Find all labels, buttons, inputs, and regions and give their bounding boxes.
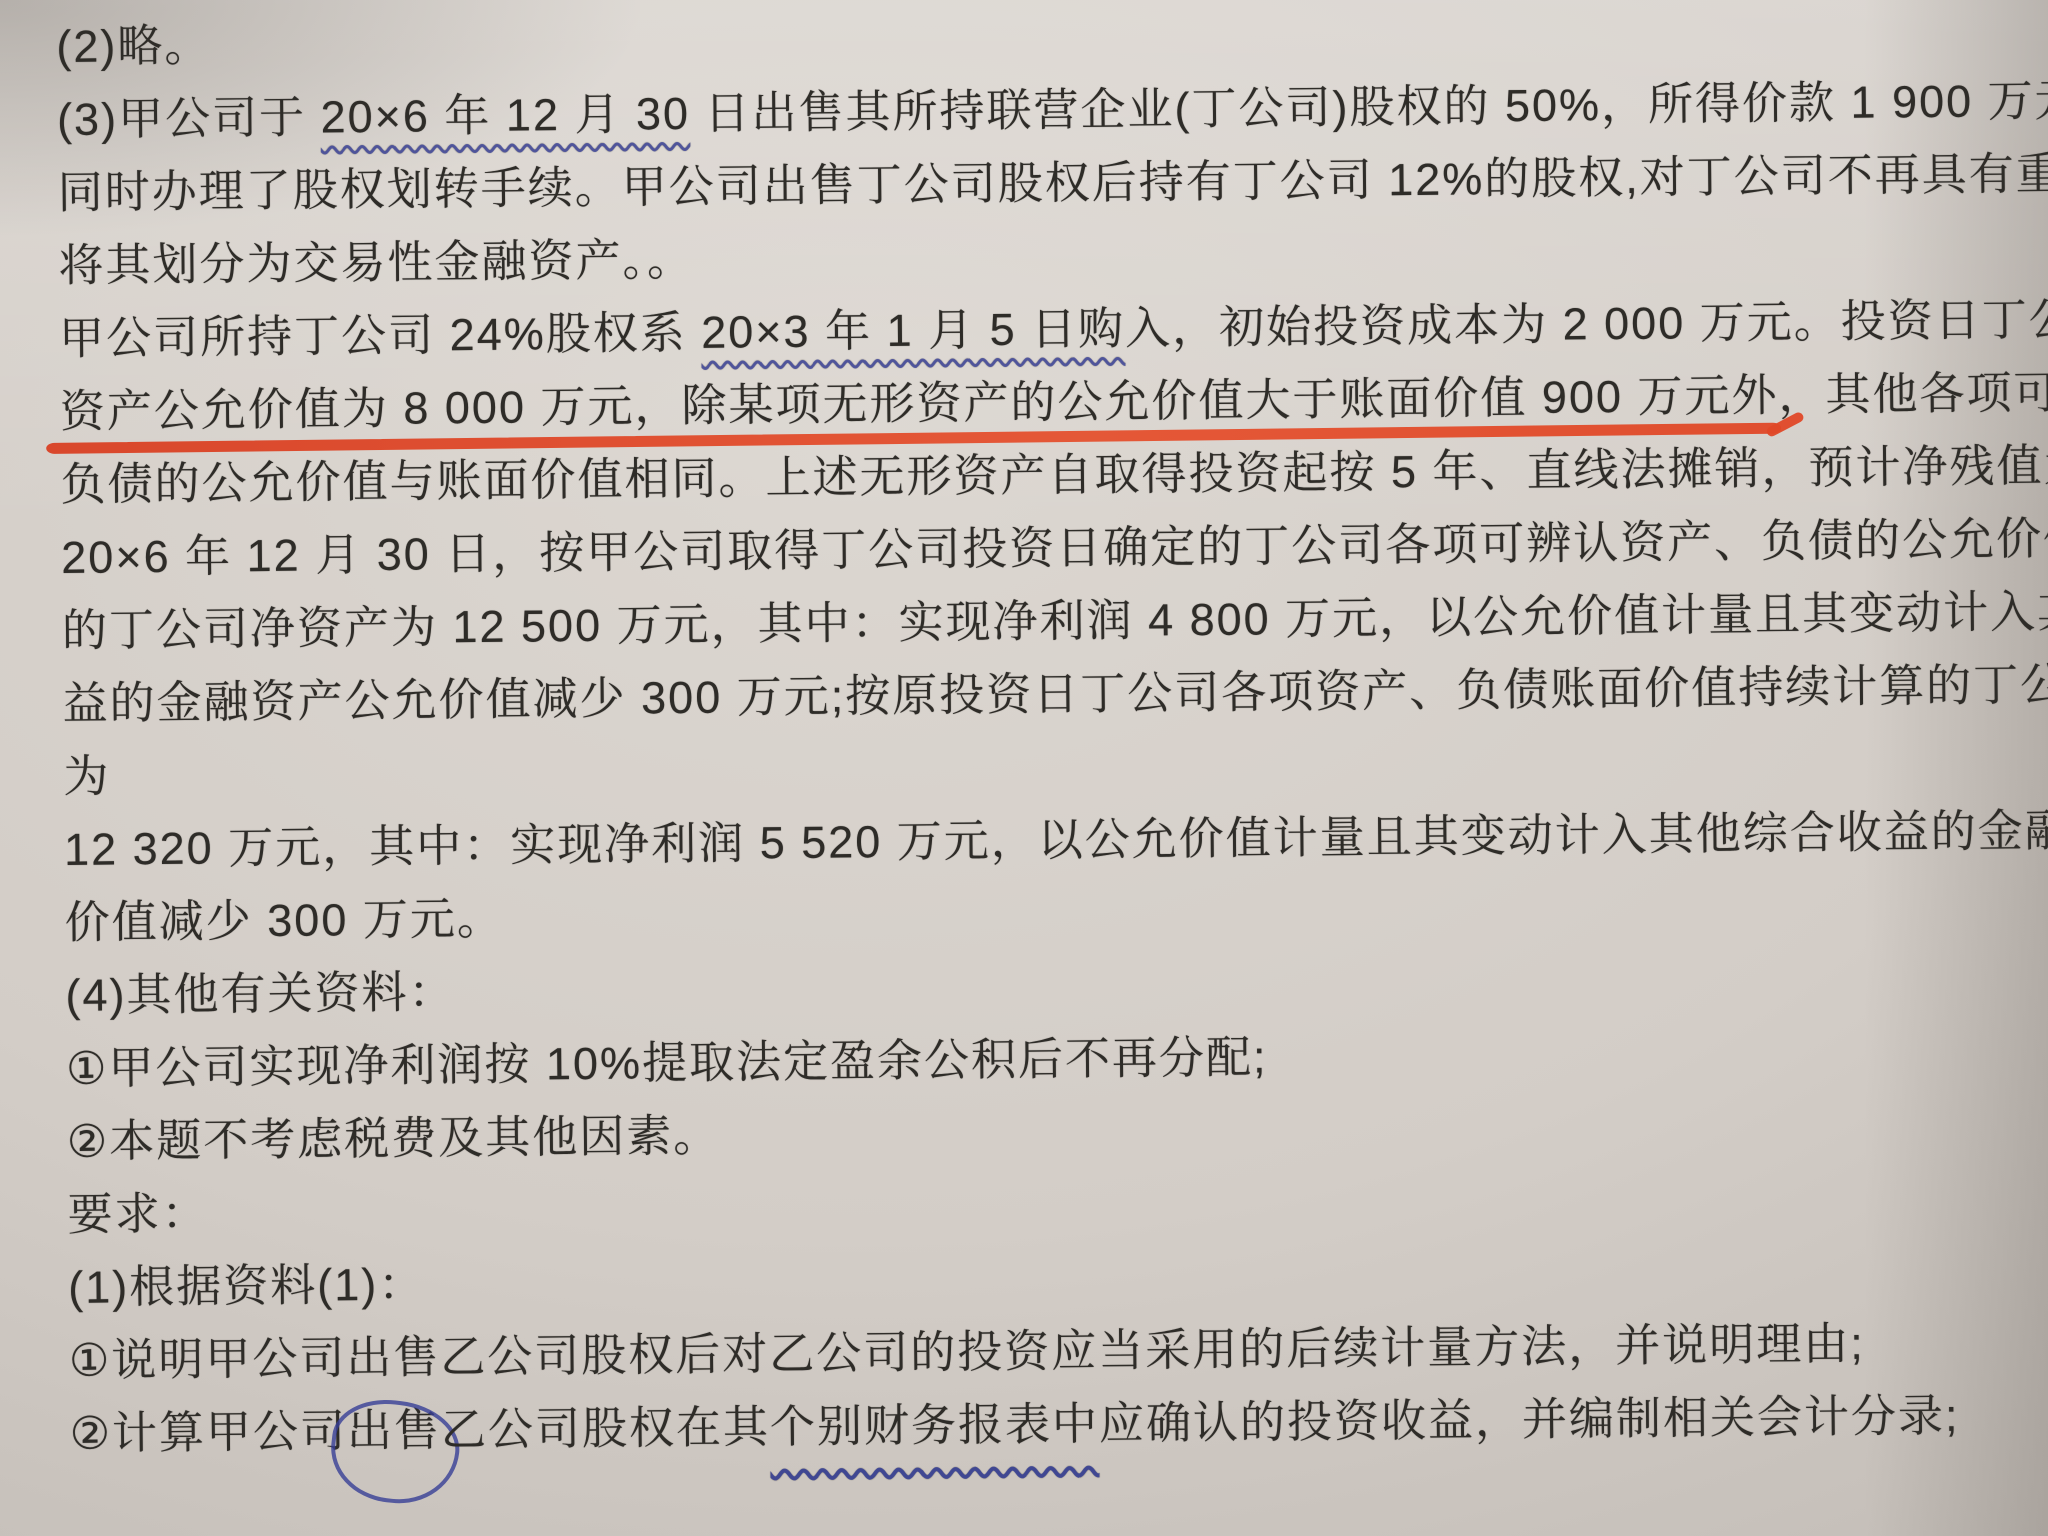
line-text: 12 320 万元，其中：实现净利润 5 520 万元，以公允价值计量且其变动计… — [64, 803, 2048, 875]
line-text: (1)根据资料(1)： — [68, 1259, 425, 1313]
line-text: 日出售其所持联营企业(丁公司)股权的 50%，所得价款 1 900 万元收存银行… — [690, 72, 2048, 139]
line-text: 同时办理了股权划转手续。甲公司出售丁公司股权后持有丁公司 12%的股权,对丁公司… — [58, 146, 2048, 218]
line-text: 20×6 年 12 月 30 日，按甲公司取得丁公司投资日确定的丁公司各项可辨认… — [61, 511, 2048, 583]
line-text: 要求： — [67, 1188, 208, 1240]
line-text: ②本题不考虑税费及其他因素。 — [67, 1110, 721, 1167]
line-text: 乙公司股权在其 — [441, 1401, 770, 1455]
line-text: 的丁公司净资产为 12 500 万元，其中：实现净利润 4 800 万元，以公允… — [62, 584, 2048, 656]
line-text: ，其他各项可辨认资产、 — [1778, 365, 2048, 421]
line-text: 入，初始投资成本为 2 000 万元。投资日丁公司可辨认净 — [1125, 291, 2048, 353]
line-text: (3)甲公司于 — [57, 91, 321, 145]
line-text: ①说明甲公司出售乙公司股权后对乙公司的投资应当采用的后续计量方法，并说明理由; — [69, 1318, 1865, 1386]
line-text: 价值减少 300 万元。 — [65, 893, 505, 948]
pen-wavy-underlined-text: 个别财务报表中 — [770, 1398, 1099, 1452]
line-text: (4)其他有关资料： — [65, 966, 455, 1021]
pen-wavy-underlined-text: 20×3 年 1 月 5 日购 — [701, 303, 1125, 358]
line-text: ①甲公司实现净利润按 10%提取法定盈余公积后不再分配; — [66, 1031, 1268, 1094]
line-text: 将其划分为交易性金融资产。。 — [58, 234, 694, 291]
line-text: 应确认的投资收益，并编制相关会计分录; — [1099, 1390, 1960, 1449]
line-text: 甲公司所持丁公司 24%股权系 — [59, 307, 702, 364]
document-text-block: (2)略。 (3)甲公司于 20×6 年 12 月 30 日出售其所持联营企业(… — [56, 0, 2048, 1470]
line-text: 为 — [63, 751, 111, 802]
pen-circled-text: 出售 — [347, 1404, 442, 1456]
line-text: ②计算甲公司 — [69, 1405, 347, 1459]
red-marker-underlined-text: 资产公允价值为 8 000 万元，除某项无形资产的公允价值大于账面价值 900 … — [60, 369, 1779, 436]
pen-wavy-underlined-text: 20×6 年 12 月 30 — [320, 88, 690, 143]
photographed-document-page: (2)略。 (3)甲公司于 20×6 年 12 月 30 日出售其所持联营企业(… — [0, 0, 2048, 1536]
line-text: 益的金融资产公允价值减少 300 万元;按原投资日丁公司各项资产、负债账面价值持… — [62, 657, 2048, 729]
line-text: (2)略。 — [56, 20, 211, 72]
